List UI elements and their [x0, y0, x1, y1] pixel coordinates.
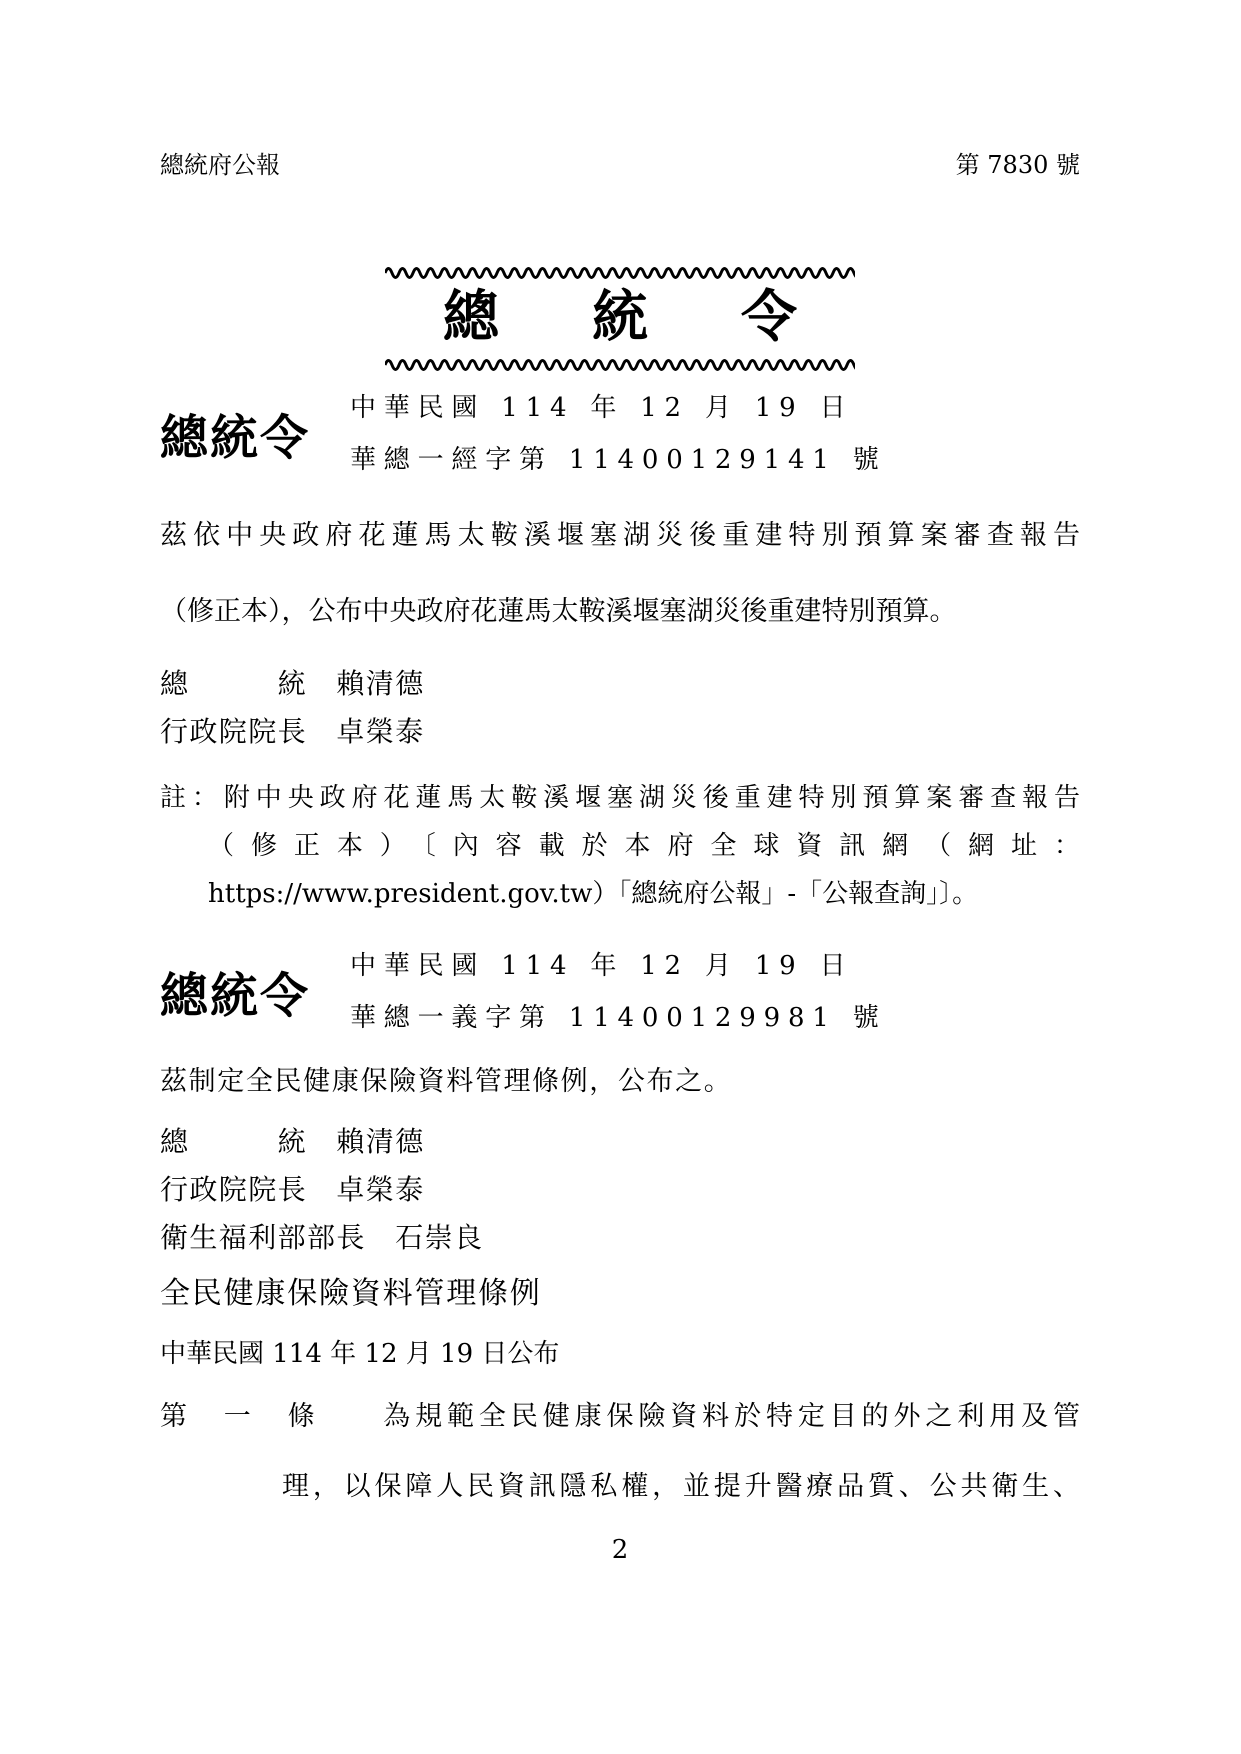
banner-char-1: 總 [443, 280, 499, 356]
signature-premier: 行政院院長 卓榮泰 [160, 1166, 1080, 1214]
article1-line-1: 第 一 條 為規範全民健康保險資料於特定目的外之利用及管 [160, 1382, 1080, 1452]
note-line-2: （修正本）〔內容載於本府全球資訊網（網址： [160, 822, 1080, 870]
law-title: 全民健康保險資料管理條例 [160, 1272, 1080, 1316]
decree1-ref-line: 華總一經字第 11400129141 號 [350, 434, 887, 486]
decree1-body-line-1: 茲依中央政府花蓮馬太鞍溪堰塞湖災後重建特別預算案審查報告 [160, 498, 1080, 574]
decree2-signatures: 總 統 賴清德 行政院院長 卓榮泰 衛生福利部部長 石崇良 [160, 1118, 1080, 1262]
decree1-date-line: 中華民國 114 年 12 月 19 日 [350, 382, 887, 434]
note-label: 註： [160, 783, 224, 813]
note-line-1: 註：附中央政府花蓮馬太鞍溪堰塞湖災後重建特別預算案審查報告 [160, 774, 1080, 822]
banner-char-2: 統 [592, 280, 648, 356]
page-number: 2 [160, 1532, 1080, 1568]
decree2-date-line: 中華民國 114 年 12 月 19 日 [350, 940, 887, 992]
note-line-3: https://www.president.gov.tw）「總統府公報」-「公報… [160, 870, 1080, 918]
signature-president: 總 統 賴清德 [160, 660, 1080, 708]
law-article-1: 第 一 條 為規範全民健康保險資料於特定目的外之利用及管 理，以保障人民資訊隱私… [160, 1382, 1080, 1522]
decree1-heading-row: 總統令 中華民國 114 年 12 月 19 日 華總一經字第 11400129… [160, 382, 1080, 486]
gazette-page: 總統府公報 第 7830 號 總 統 令 總統令 中華民國 114 年 12 月… [0, 0, 1241, 1754]
decree1-signatures: 總 統 賴清德 行政院院長 卓榮泰 [160, 660, 1080, 756]
article1-line-2: 理，以保障人民資訊隱私權，並提升醫療品質、公共衛生、 [160, 1452, 1080, 1522]
decree1-dates: 中華民國 114 年 12 月 19 日 華總一經字第 11400129141 … [350, 382, 887, 486]
signature-president: 總 統 賴清德 [160, 1118, 1080, 1166]
decree2-heading-row: 總統令 中華民國 114 年 12 月 19 日 華總一義字第 11400129… [160, 940, 1080, 1044]
issue-number: 第 7830 號 [956, 150, 1080, 180]
decree1-heading: 總統令 [160, 399, 350, 468]
decree2-dates: 中華民國 114 年 12 月 19 日 華總一義字第 11400129981 … [350, 940, 887, 1044]
law-promulgation-date: 中華民國 114 年 12 月 19 日公布 [160, 1334, 1080, 1374]
wavy-line-bottom-icon [385, 356, 855, 372]
banner-title: 總 統 令 [385, 280, 855, 356]
signature-health-minister: 衛生福利部部長 石崇良 [160, 1214, 1080, 1262]
decree2-ref-line: 華總一義字第 11400129981 號 [350, 992, 887, 1044]
publication-title: 總統府公報 [160, 150, 280, 180]
decree2-body: 茲制定全民健康保險資料管理條例，公布之。 [160, 1058, 1080, 1106]
note-text-1: 附中央政府花蓮馬太鞍溪堰塞湖災後重建特別預算案審查報告 [224, 783, 1080, 813]
page-header: 總統府公報 第 7830 號 [160, 150, 1080, 180]
signature-premier: 行政院院長 卓榮泰 [160, 708, 1080, 756]
decree-banner: 總 統 令 [385, 264, 855, 372]
decree1-body-line-2: （修正本），公布中央政府花蓮馬太鞍溪堰塞湖災後重建特別預算。 [160, 574, 1080, 650]
decree2-heading: 總統令 [160, 957, 350, 1026]
decree1-note: 註：附中央政府花蓮馬太鞍溪堰塞湖災後重建特別預算案審查報告 （修正本）〔內容載於… [160, 774, 1080, 918]
banner-char-3: 令 [741, 280, 797, 356]
wavy-line-top-icon [385, 264, 855, 280]
decree1-body: 茲依中央政府花蓮馬太鞍溪堰塞湖災後重建特別預算案審查報告 （修正本），公布中央政… [160, 498, 1080, 650]
